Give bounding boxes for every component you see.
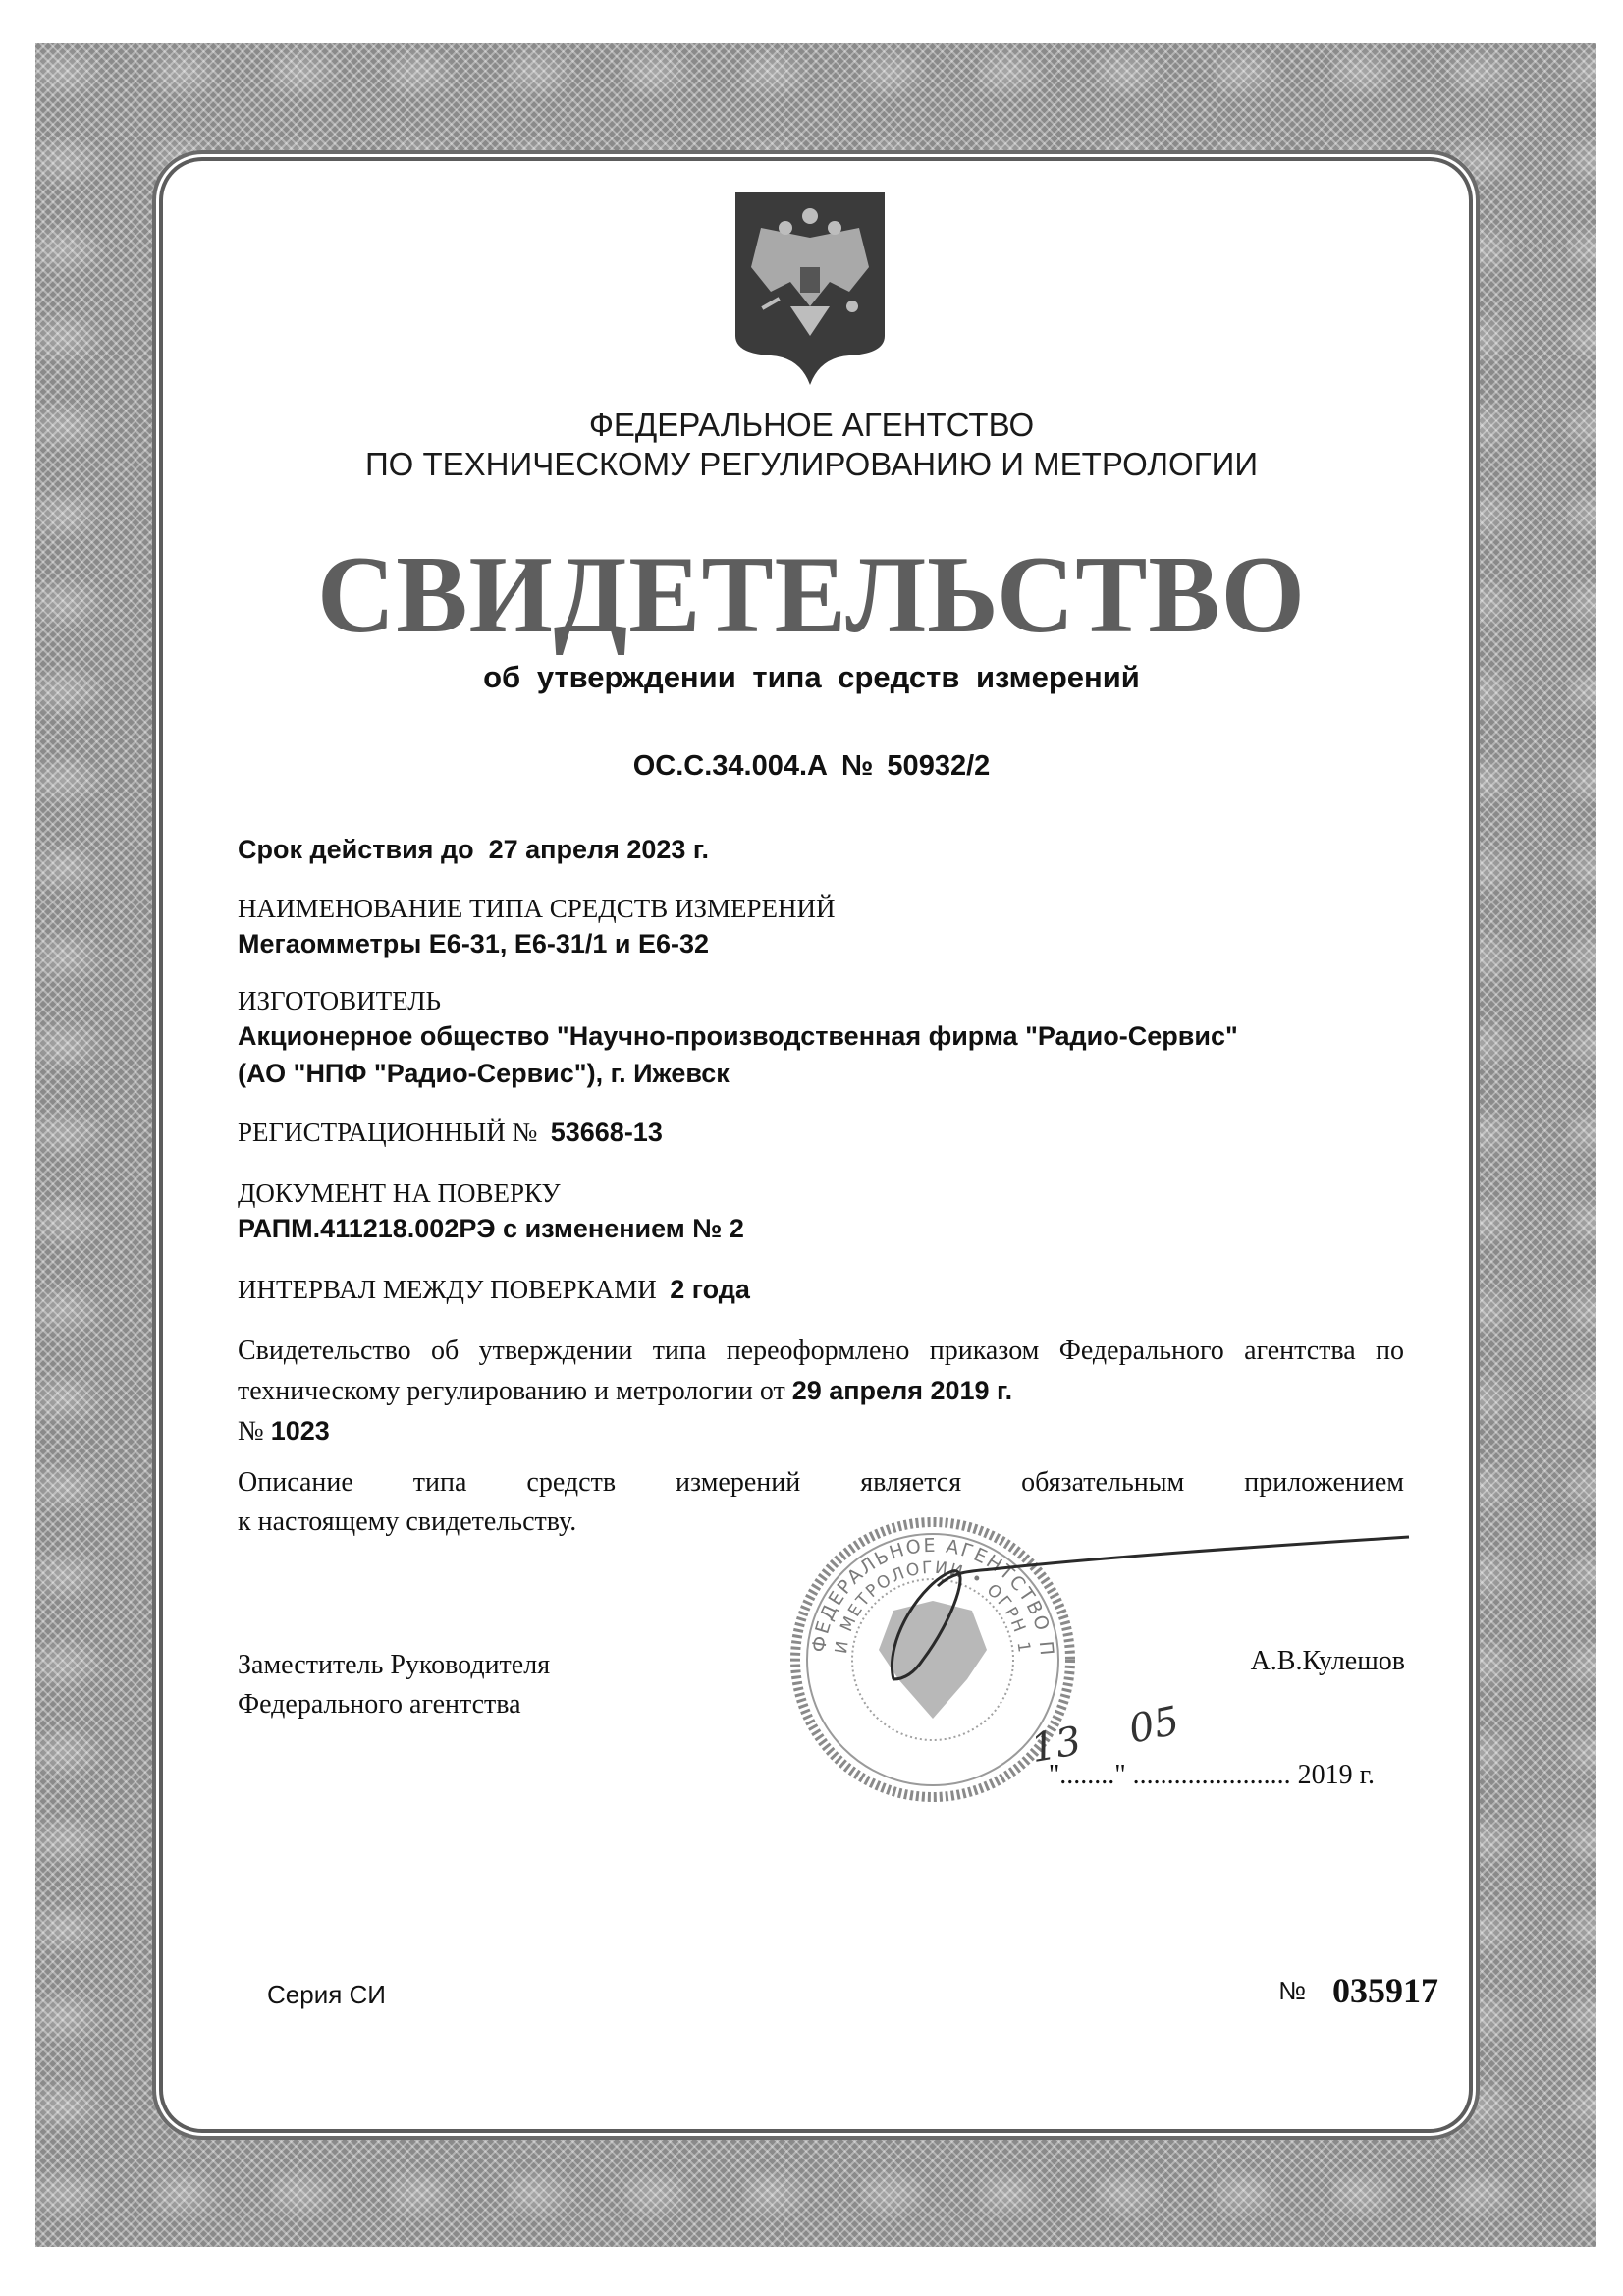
verification-doc-value: РАПМ.411218.002РЭ с изменением № 2 [238,1210,744,1247]
interval-value: 2 года [670,1275,750,1304]
coat-of-arms-icon [731,189,889,385]
interval-line: ИНТЕРВАЛ МЕЖДУ ПОВЕРКАМИ 2 года [238,1271,750,1308]
signatory-position: Заместитель Руководителя Федерального аг… [238,1646,550,1724]
interval-label: ИНТЕРВАЛ МЕЖДУ ПОВЕРКАМИ [238,1275,657,1304]
position-line1: Заместитель Руководителя [238,1646,550,1685]
agency-name-line2: ПО ТЕХНИЧЕСКОМУ РЕГУЛИРОВАНИЮ И МЕТРОЛОГ… [0,444,1623,485]
validity-line: Срок действия до 27 апреля 2023 г. [238,831,709,868]
document-subtitle: об утверждении типа средств измерений [0,660,1623,695]
manufacturer-label: ИЗГОТОВИТЕЛЬ [238,982,441,1019]
signature-date: "........" ....................... 2019 … [1049,1760,1375,1791]
handwritten-month: 05 [1125,1698,1183,1753]
validity-date: 27 апреля 2023 г. [489,835,709,864]
reissue-date: 29 апреля 2019 г. [792,1376,1012,1405]
series-label: Серия СИ [267,1980,386,2010]
certificate-document: ФЕДЕРАЛЬНОЕ АГЕНТСТВО ПО ТЕХНИЧЕСКОМУ РЕ… [0,0,1623,2296]
reissue-order-number: 1023 [271,1416,330,1446]
manufacturer-value-line2: (АО "НПФ "Радио-Сервис"), г. Ижевск [238,1055,730,1092]
serial-prefix: № [1278,1976,1306,2005]
registration-line: РЕГИСТРАЦИОННЫЙ № 53668-13 [238,1114,663,1151]
validity-label: Срок действия до [238,835,474,864]
reissue-order-prefix: № [238,1416,264,1447]
registration-label: РЕГИСТРАЦИОННЫЙ № [238,1118,537,1147]
reissue-paragraph: Свидетельство об утверждении типа переоф… [238,1332,1404,1451]
signatory-name: А.В.Кулешов [1251,1646,1405,1677]
serial-number-block: № 035917 [1278,1970,1438,2011]
instrument-type-value: Мегаомметры Е6-31, Е6-31/1 и Е6-32 [238,925,709,962]
document-title: СВИДЕТЕЛЬСТВО [17,532,1607,659]
serial-number: 035917 [1332,1971,1438,2010]
instrument-type-label: НАИМЕНОВАНИЕ ТИПА СРЕДСТВ ИЗМЕРЕНИЙ [238,890,836,927]
registration-value: 53668-13 [551,1118,663,1147]
position-line2: Федерального агентства [238,1685,550,1724]
signature-icon [864,1532,1414,1709]
certificate-number: ОС.С.34.004.А № 50932/2 [0,750,1623,783]
description-line2: к настоящему свидетельству. [238,1506,576,1537]
manufacturer-value-line1: Акционерное общество "Научно-производств… [238,1017,1238,1055]
verification-doc-label: ДОКУМЕНТ НА ПОВЕРКУ [238,1175,561,1212]
agency-name-line1: ФЕДЕРАЛЬНОЕ АГЕНТСТВО [0,405,1623,446]
description-line1: Описание типа средств измерений является… [238,1463,1404,1503]
